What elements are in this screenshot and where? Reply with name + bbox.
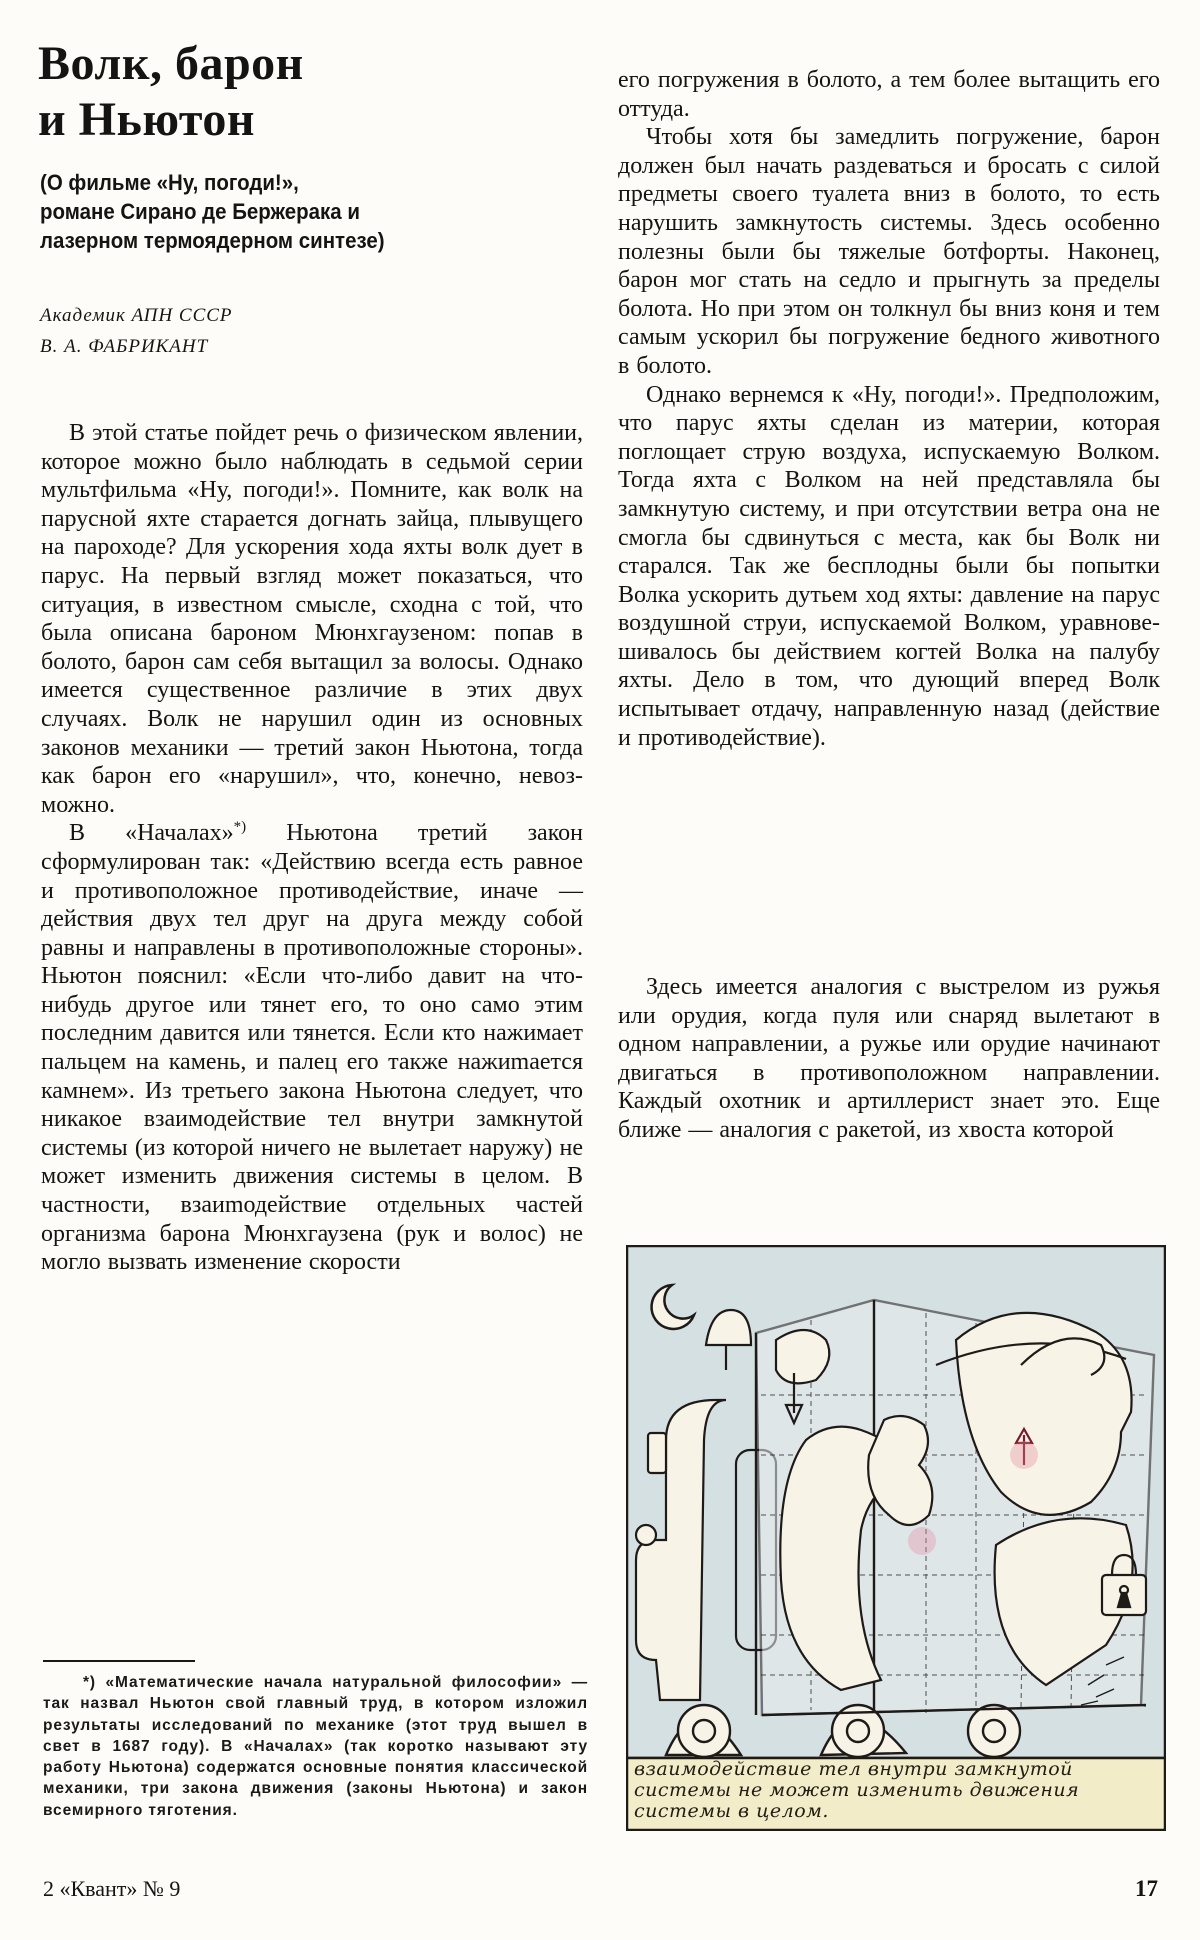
footnote-divider [43,1660,195,1662]
journal-issue-label: 2 «Квант» № 9 [43,1876,180,1902]
footnote-text: *) «Математические начала натуральной фи… [43,1672,588,1821]
paragraph: В этой статье пойдет речь о физи­ческом … [41,419,583,819]
article-subtitle: (О фильме «Ну, погоди!», романе Сирано д… [40,168,524,255]
caption-line-1: взаимодействие тел внутри замкнутой [634,1759,1154,1780]
paragraph: его погружения в болото, а тем более выт… [618,66,1160,123]
page-number: 17 [1135,1876,1158,1902]
title-line-1: Волк, барон [38,36,558,92]
subtitle-line-2: романе Сирано де Бержерака и [40,197,524,226]
right-column: его погружения в болото, а тем более выт… [618,10,1160,752]
caption-line-3: системы в целом. [634,1801,1154,1822]
paragraph: Однако вернемся к «Ну, погоди!». Предпол… [618,381,1160,753]
subtitle-line-3: лазерном термоядерном синтезе) [40,226,524,255]
article-title: Волк, барон и Ньютон [38,36,558,148]
blush-spot [908,1527,936,1555]
illustration-closed-system: взаимодействие тел внутри замкнутой сист… [626,1245,1166,1831]
cartoon-truck-drawing [626,1245,1166,1831]
footnote: *) «Математические начала натуральной фи… [43,1672,588,1821]
paragraph-lead: В «Началах» [69,820,234,846]
paragraph: Чтобы хотя бы замедлить погруже­ние, бар… [618,123,1160,380]
caption-line-2: системы не может изменить движения [634,1780,1154,1801]
paragraph: Здесь имеется аналогия с выстре­лом из р… [618,973,1160,1145]
left-column: В этой статье пойдет речь о физи­ческом … [41,419,583,1277]
title-line-2: и Ньютон [38,92,558,148]
subtitle-line-1: (О фильме «Ну, погоди!», [40,168,524,197]
blush-spot [1010,1441,1038,1469]
paragraph-body: Ньютона третий за­кон сформулирован так:… [41,820,583,1275]
author-name: В. А. ФАБРИКАНТ [40,331,440,362]
footnote-marker[interactable]: *) [234,819,247,835]
paragraph: В «Началах»*) Ньютона третий за­кон сфор… [41,819,583,1277]
right-column-continued: Здесь имеется аналогия с выстре­лом из р… [618,973,1160,1145]
illustration-caption: взаимодействие тел внутри замкнутой сист… [634,1759,1154,1822]
author-byline: Академик АПН СССР В. А. ФАБРИКАНТ [40,300,440,362]
author-title: Академик АПН СССР [40,300,440,331]
